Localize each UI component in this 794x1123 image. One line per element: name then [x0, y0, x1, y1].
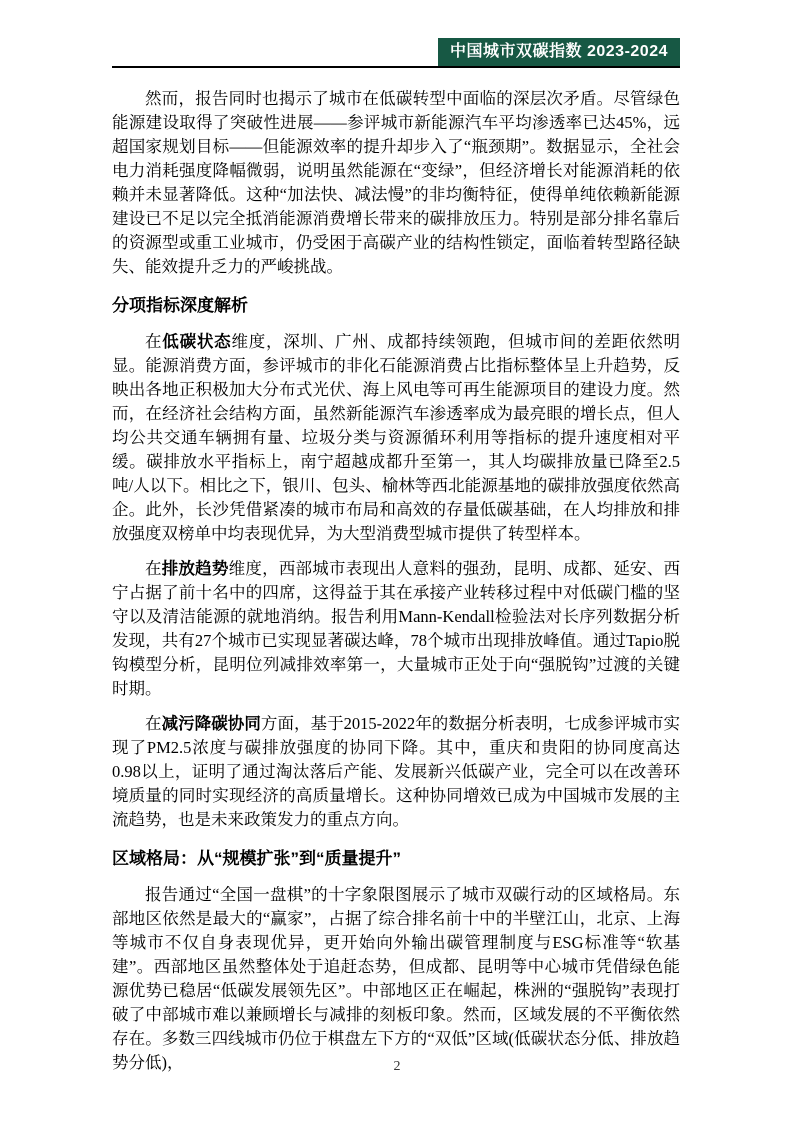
section-heading-regional: 区域格局：从“规模扩张”到“质量提升”	[112, 847, 680, 871]
header-rule: 中国城市双碳指数 2023-2024	[112, 38, 680, 68]
body-paragraph-4: 在减污降碳协同方面，基于2015-2022年的数据分析表明，七成参评城市实现了P…	[112, 712, 680, 832]
paragraph-2-bold-term: 低碳状态	[162, 333, 231, 351]
document-body: 然而，报告同时也揭示了城市在低碳转型中面临的深层次矛盾。尽管绿色能源建设取得了突…	[112, 87, 680, 1086]
paragraph-3-bold-term: 排放趋势	[162, 560, 229, 578]
section-heading-indicators: 分项指标深度解析	[112, 294, 680, 318]
paragraph-4-lead: 在	[145, 714, 162, 733]
body-paragraph-5: 报告通过“全国一盘棋”的十字象限图展示了城市双碳行动的区域格局。东部地区依然是最…	[112, 883, 680, 1075]
paragraph-3-lead: 在	[145, 559, 162, 578]
report-title-badge: 中国城市双碳指数 2023-2024	[438, 38, 680, 66]
page-header: 中国城市双碳指数 2023-2024	[112, 38, 680, 68]
body-paragraph-2: 在低碳状态维度，深圳、广州、成都持续领跑，但城市间的差距依然明显。能源消费方面，…	[112, 330, 680, 546]
paragraph-3-text: 维度，西部城市表现出人意料的强劲，昆明、成都、延安、西宁占据了前十名中的四席，这…	[112, 559, 680, 698]
document-page: 中国城市双碳指数 2023-2024 然而，报告同时也揭示了城市在低碳转型中面临…	[0, 0, 794, 1123]
body-paragraph-3: 在排放趋势维度，西部城市表现出人意料的强劲，昆明、成都、延安、西宁占据了前十名中…	[112, 557, 680, 701]
paragraph-4-bold-term: 减污降碳协同	[162, 715, 261, 733]
paragraph-2-text: 维度，深圳、广州、成都持续领跑，但城市间的差距依然明显。能源消费方面，参评城市的…	[112, 332, 680, 543]
paragraph-2-lead: 在	[145, 332, 162, 351]
page-number: 2	[0, 1059, 794, 1075]
body-paragraph-1: 然而，报告同时也揭示了城市在低碳转型中面临的深层次矛盾。尽管绿色能源建设取得了突…	[112, 87, 680, 279]
